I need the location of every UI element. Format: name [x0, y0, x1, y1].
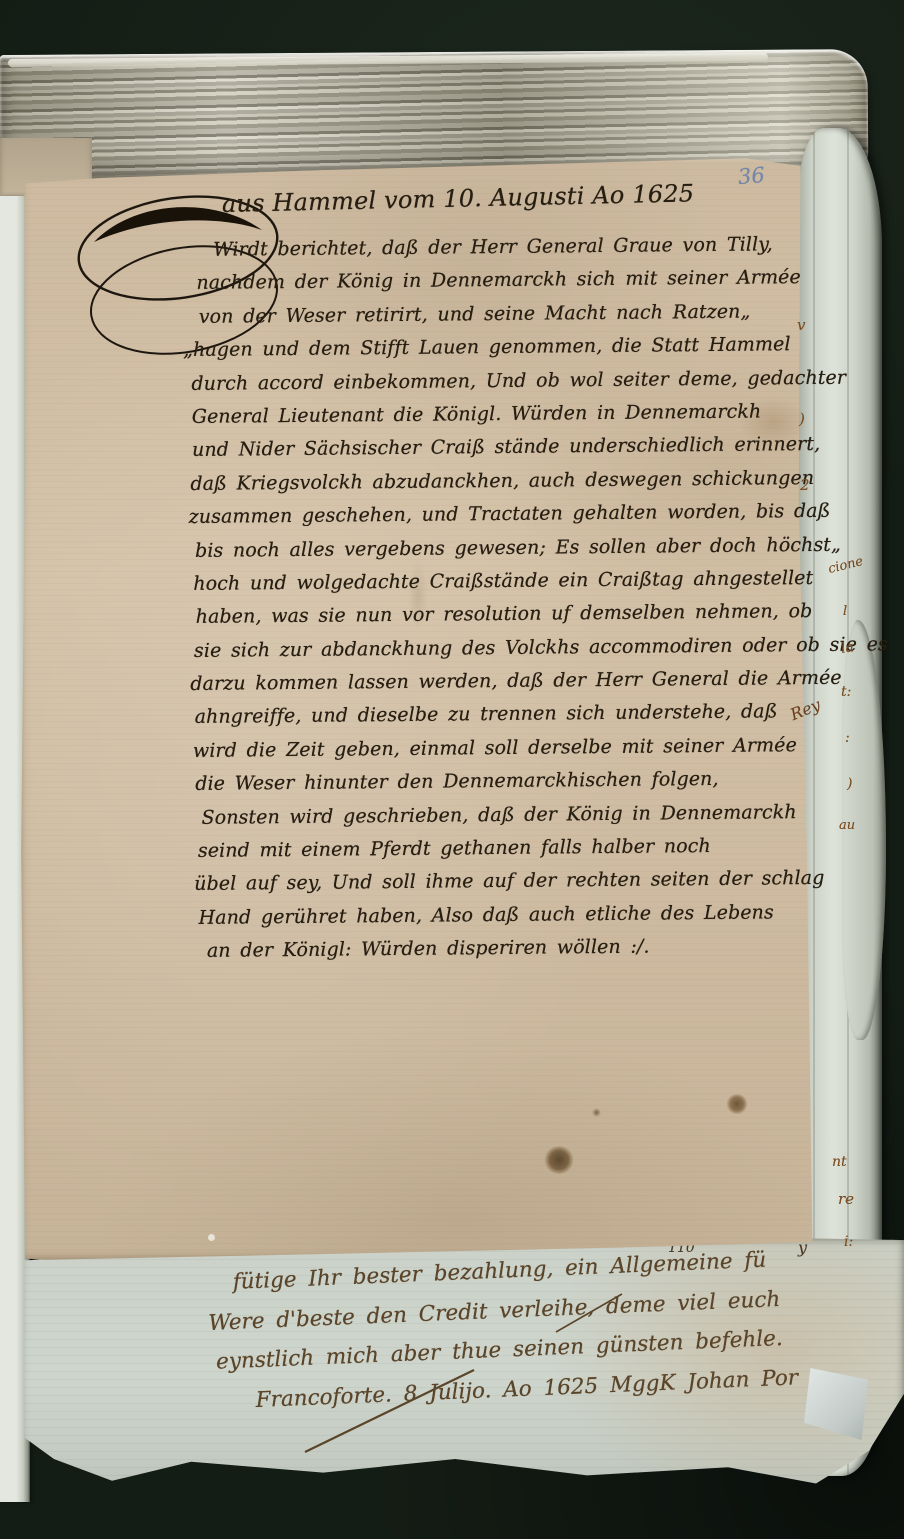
foxing-spot [592, 1108, 601, 1117]
underlying-page-text: fütige Ihr bester bezahlung, ein Allgeme… [206, 1239, 799, 1421]
body-line: zusammen geschehen, und Tractaten gehalt… [189, 495, 837, 535]
page-edge-text-fragment: l [843, 604, 847, 619]
page-edge-text-fragment: ) [799, 410, 805, 428]
page-edge-text-fragment: i: [844, 1234, 853, 1250]
page-edge-text-fragment: nt [832, 1154, 847, 1170]
body-line: „hagen und dem Stifft Lauen genommen, di… [183, 328, 835, 368]
page-edge-text-fragment: t: [841, 684, 851, 700]
paper-fleck [208, 1234, 215, 1241]
body-line: Hand gerühret haben, Also daß auch etlic… [198, 896, 840, 936]
manuscript-photo: 110 y 36 aus Hammel vom 10. Augusti Ao 1… [0, 0, 904, 1539]
body-line: an der Königl: Würden disperiren wöllen … [207, 929, 841, 968]
body-line: Sonsten wird geschrieben, daß der König … [201, 795, 839, 835]
page-edge-text-fragment: re [838, 1190, 854, 1208]
document-body: Wirdt berichtet, daß der Herr General Gr… [184, 228, 841, 969]
page-edge-text-fragment: 2 [800, 476, 810, 494]
body-line: wird die Zeit geben, einmal soll derselb… [193, 729, 839, 769]
page-edge-text-fragment: ) [847, 776, 852, 792]
page-edge-text-fragment: au [839, 818, 855, 833]
ink-stain [544, 1146, 574, 1174]
page-edge-text-fragment: : [845, 730, 850, 746]
foxing-spot [726, 1094, 748, 1114]
page-edge-text-fragment: v [797, 316, 805, 334]
page-edge-text-fragment: la [840, 639, 855, 657]
folio-number: 36 [737, 163, 766, 189]
